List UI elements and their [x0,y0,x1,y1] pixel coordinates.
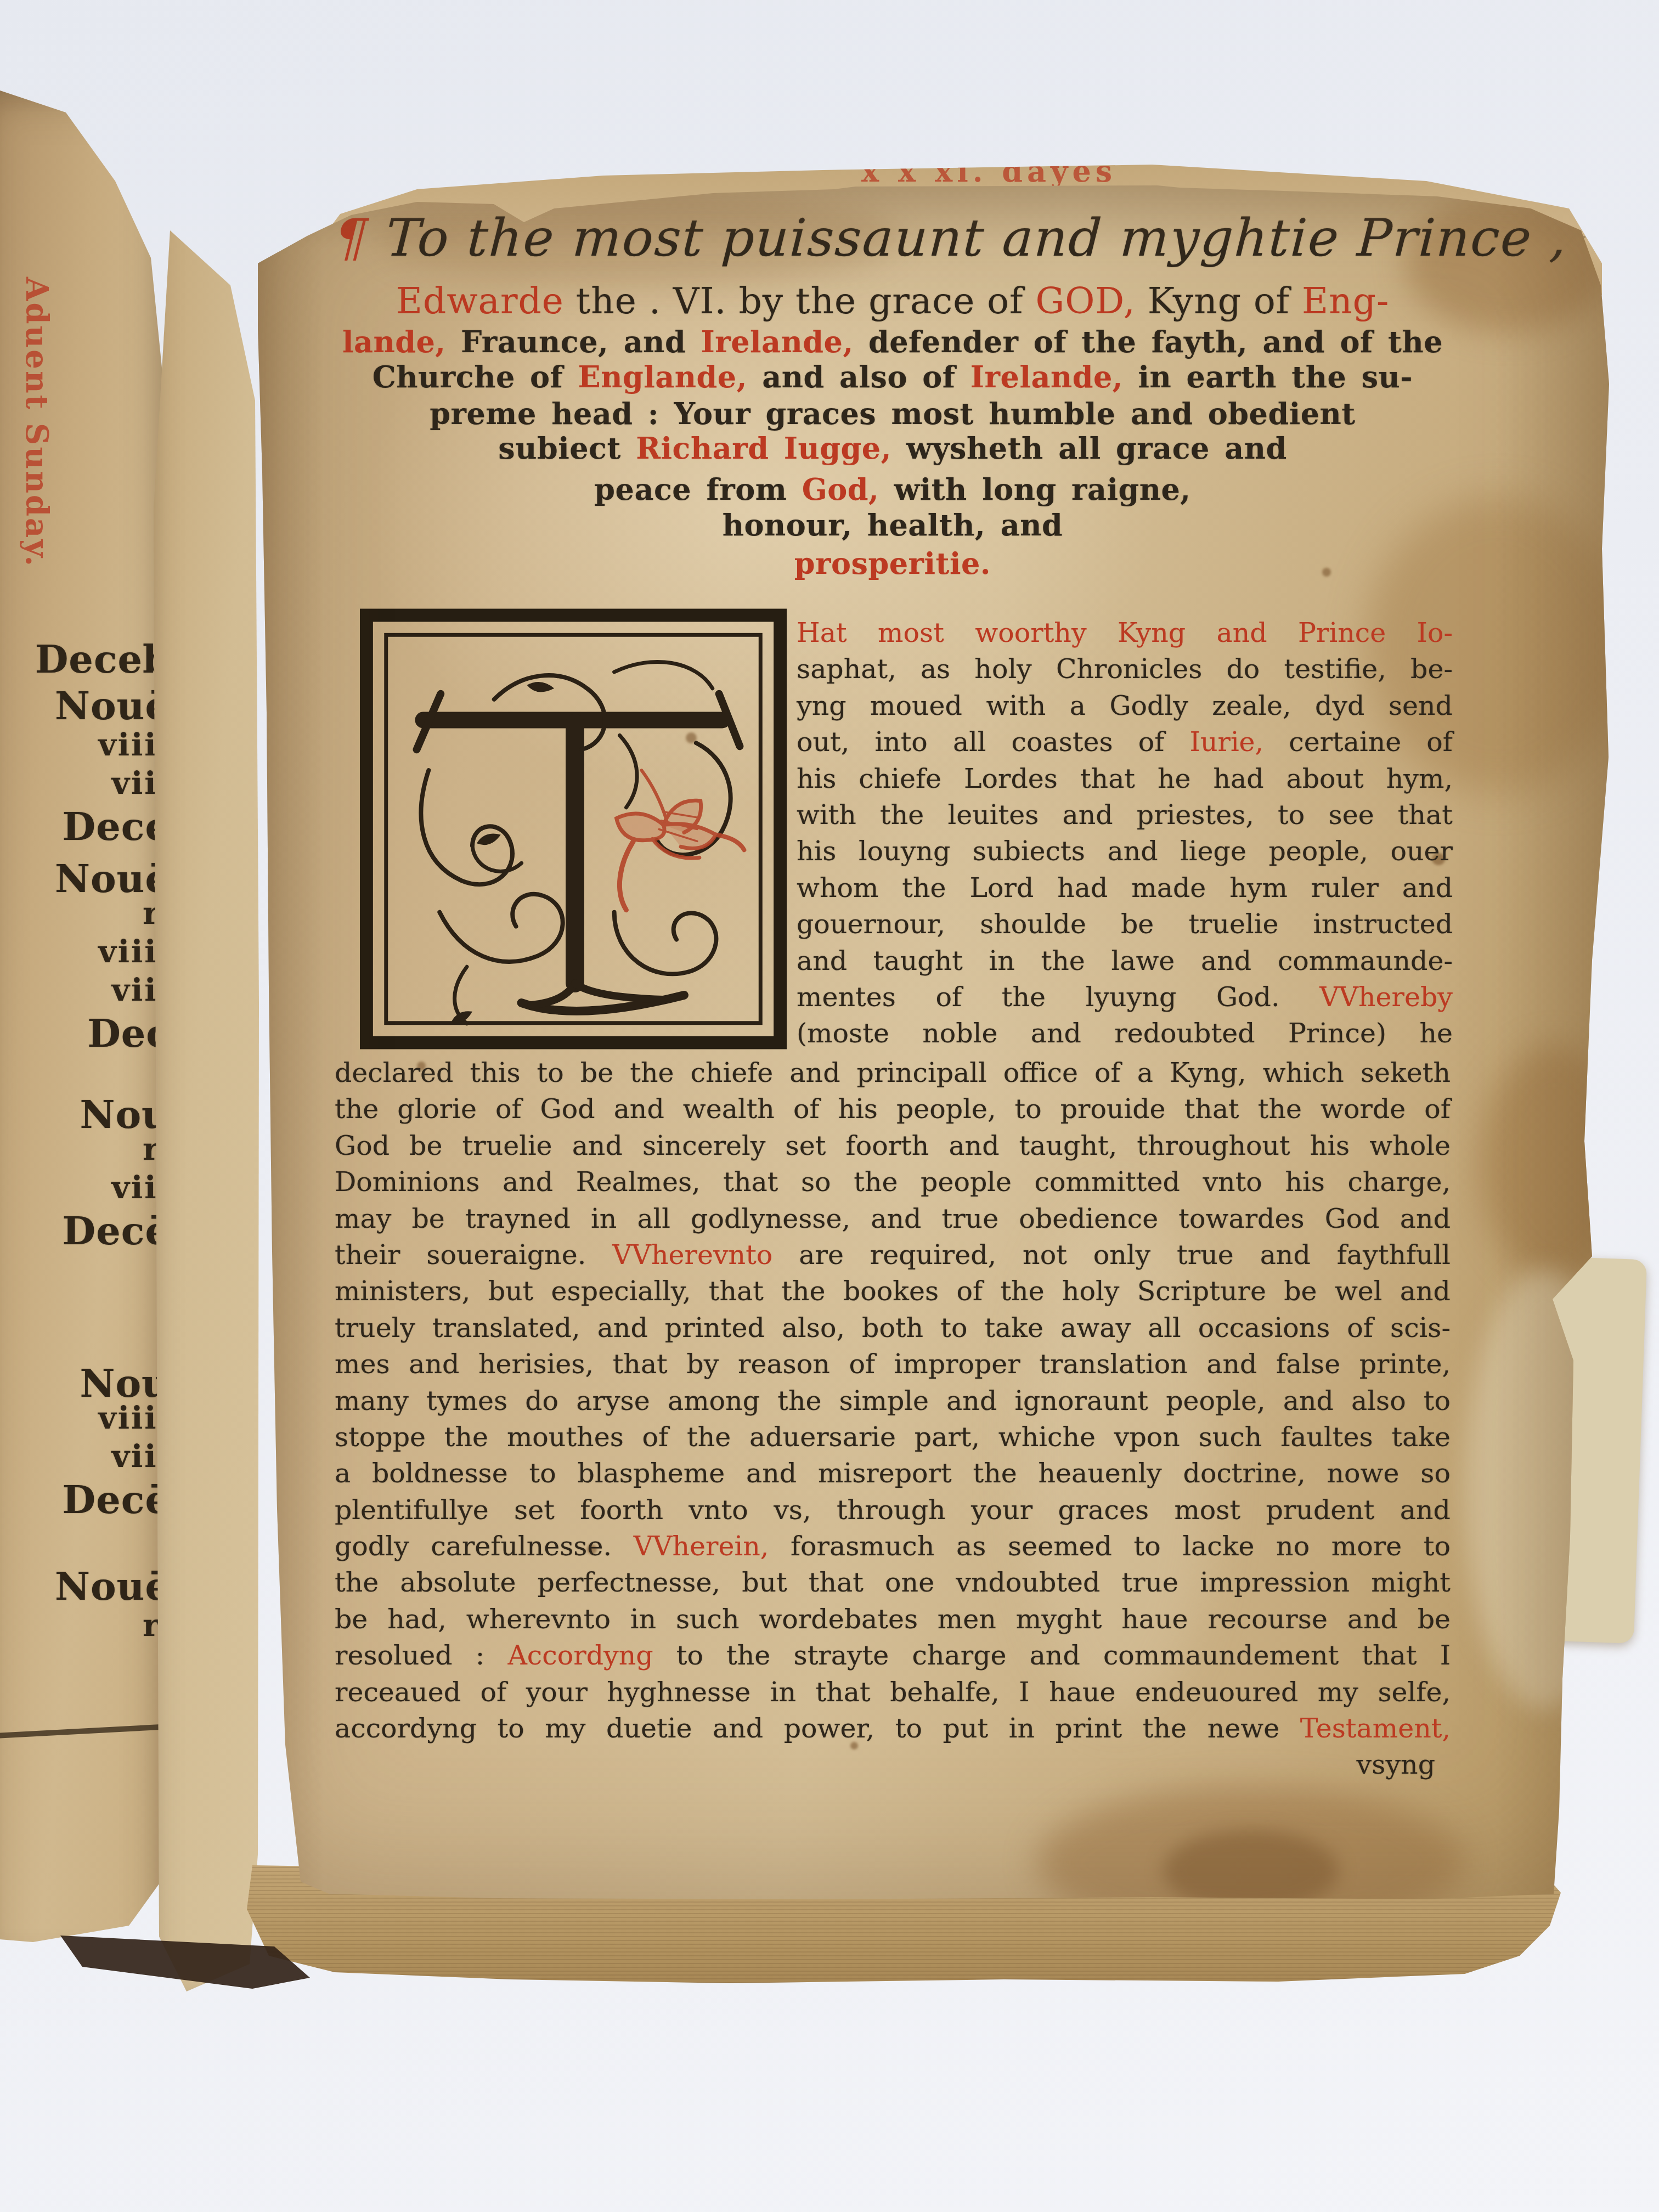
text-line: mentes of the lyuyng God. VVhereby [797,979,1453,1015]
text-line: God be truelie and sincerely set foorth … [335,1128,1451,1164]
text-line: with the leuites and priestes, to see th… [797,797,1453,833]
calendar-fragment: Dece [0,804,170,849]
text-line: whom the Lord had made hym ruler and [797,870,1453,906]
rubricated-text: lande, [342,324,446,359]
dedication-title-line: lande, Fraunce, and Irelande, defender o… [335,324,1451,359]
rubricated-text: VVhereby [1319,981,1453,1013]
text-line: yng moued with a Godly zeale, dyd send [797,688,1453,724]
text-line: may be trayned in all godlynesse, and tr… [335,1201,1451,1237]
rubricated-text: Richard Iugge, [636,431,891,466]
black-text: the absolute perfectnesse, but that one … [335,1567,1451,1598]
black-text: forasmuch as seemed to lacke no more to [769,1531,1451,1562]
calendar-fragment: r. [0,895,170,932]
black-text: and also of [747,359,970,394]
drop-cap-woodcut-T [358,606,789,1052]
calendar-fragment: viii. [0,934,170,970]
black-text: mes and herisies, that by reason of impr… [335,1348,1451,1380]
black-text: plentifullye set foorth vnto vs, through… [335,1494,1451,1526]
rubricated-text: VVherevnto [612,1239,772,1271]
text-line: and taught in the lawe and commaunde- [797,943,1453,979]
rubricated-text: Iurie, [1190,726,1264,758]
black-text: their soueraigne. [335,1239,612,1271]
text-line: godly carefulnesse. VVherein, forasmuch … [335,1528,1451,1565]
text-line: Dominions and Realmes, that so the peopl… [335,1164,1451,1200]
dedication-title-line: Churche of Englande, and also of Ireland… [335,359,1451,394]
text-line: the glorie of God and wealth of his peop… [335,1091,1451,1127]
calendar-fragment: Nou [0,1092,170,1137]
black-text: a boldnesse to blaspheme and misreport t… [335,1458,1451,1489]
calendar-fragment: Dec [0,1011,170,1056]
black-text: with long raigne, [879,472,1190,507]
dedication-title-line: peace from God, with long raigne, [335,472,1451,507]
calendar-fragment: Deceb [0,636,170,682]
text-line: saphat, as holy Chronicles do testifie, … [797,651,1453,687]
rubricated-text: God, [802,472,879,507]
black-text: whom the Lord had made hym ruler and [797,872,1453,904]
calendar-fragment: Nou [0,1361,170,1406]
text-line: be had, wherevnto in such wordebates men… [335,1601,1451,1638]
calendar-fragment: vii. [0,765,170,802]
text-line: stoppe the mouthes of the aduersarie par… [335,1419,1451,1455]
calendar-fragment: viii. [0,1400,170,1436]
rubricated-text: Edwarde [396,280,564,322]
dedication-title-line: prosperitie. [335,546,1451,581]
text-line: plentifullye set foorth vnto vs, through… [335,1492,1451,1528]
rubricated-text: Englande, [578,359,747,394]
calendar-fragment: Nouē [0,1564,170,1609]
black-text: defender of the fayth, and of the [854,324,1443,359]
black-text: accordyng to my duetie and power, to put… [335,1713,1300,1744]
black-text: many tymes do aryse among the simple and… [335,1385,1451,1417]
black-text: out, into all coastes of [797,726,1190,758]
text-line: his louyng subiects and liege people, ou… [797,833,1453,870]
black-text: gouernour, shoulde be truelie instructed [797,909,1453,940]
text-line: resolued : Accordyng to the strayte char… [335,1638,1451,1674]
calendar-fragment: Decē [0,1208,170,1254]
facing-page-strip: Aduent Sunday. Deceb Nouē viii. vii. Dec… [0,82,176,1959]
black-text: the glorie of God and wealth of his peop… [335,1093,1451,1125]
rubricated-text: Accordyng [507,1640,653,1671]
black-text: To the most puissaunt and myghtie Prince… [385,208,1569,268]
dedication-page: ¶ To the most puissaunt and myghtie Prin… [236,162,1618,1904]
dedication-title-line: preme head : Your graces most humble and… [335,396,1451,431]
black-text: honour, health, and [723,507,1063,543]
text-line: mes and herisies, that by reason of impr… [335,1346,1451,1383]
calendar-fragment: Nouē [0,856,170,901]
black-text: (moste noble and redoubted Prince) he [797,1018,1453,1049]
black-text: Churche of [373,359,578,394]
black-text: his chiefe Lordes that he had about hym, [797,763,1453,794]
dedication-title-line: subiect Richard Iugge, wysheth all grace… [335,431,1451,466]
rubricated-text: prosperitie. [794,546,991,581]
text-line: a boldnesse to blaspheme and misreport t… [335,1455,1451,1492]
black-text: resolued : [335,1640,507,1671]
dedication-title-line: ¶ To the most puissaunt and myghtie Prin… [333,208,1452,268]
text-line: his chiefe Lordes that he had about hym, [797,761,1453,797]
rubricated-text: Eng- [1302,280,1389,322]
text-line: many tymes do aryse among the simple and… [335,1383,1451,1419]
black-text: Fraunce, and [446,324,701,359]
black-text: Dominions and Realmes, that so the peopl… [335,1166,1451,1198]
catchword: vsyng [335,1749,1451,1780]
text-line: Hat most woorthy Kyng and Prince Io- [797,615,1453,651]
calendar-fragment: r. [0,1607,170,1644]
black-text: declared this to be the chiefe and princ… [335,1057,1451,1088]
paragraph-narrow: Hat most woorthy Kyng and Prince Io-saph… [797,615,1453,1052]
dedication-title-line: honour, health, and [335,507,1451,543]
dedication-title-line: Edwarde the . VI. by the grace of GOD, K… [335,280,1451,322]
black-text: peace from [594,472,802,507]
black-text: with the leuites and priestes, to see th… [797,799,1453,831]
black-text: mentes of the lyuyng God. [797,981,1319,1013]
calendar-fragment: Decē [0,1477,170,1522]
rubricated-text: Testament, [1300,1713,1451,1744]
black-text: the . VI. by the grace of [564,280,1036,322]
black-text: certaine of [1263,726,1453,758]
text-line: ministers, but especially, that the book… [335,1273,1451,1310]
text-line: out, into all coastes of Iurie, certaine… [797,724,1453,760]
black-text: God be truelie and sincerely set foorth … [335,1130,1451,1161]
margin-label-advent-sunday: Aduent Sunday. [19,277,55,568]
text-line: accordyng to my duetie and power, to put… [335,1711,1451,1747]
calendar-fragment: vii. [0,1438,170,1475]
black-text: subiect [498,431,636,466]
black-text: receaued of your hyghnesse in that behal… [335,1677,1451,1708]
black-text: and taught in the lawe and commaunde- [797,945,1453,977]
text-line: gouernour, shoulde be truelie instructed [797,906,1453,943]
text-line: their soueraigne. VVherevnto are require… [335,1237,1451,1273]
calendar-fragment: Nouē [0,683,170,729]
text-line: truely translated, and printed also, bot… [335,1310,1451,1346]
rubricated-text: Hat most woorthy Kyng and Prince Io- [797,617,1453,648]
black-text: preme head : Your graces most humble and… [430,396,1355,431]
text-line: declared this to be the chiefe and princ… [335,1055,1451,1091]
rubricated-text: GOD, [1035,280,1135,322]
black-text: in earth the su- [1123,359,1413,394]
black-text: are required, not only true and faythful… [772,1239,1451,1271]
text-line: the absolute perfectnesse, but that one … [335,1565,1451,1601]
black-text: be had, wherevnto in such wordebates men… [335,1604,1451,1635]
text-line: (moste noble and redoubted Prince) he [797,1015,1453,1052]
rubricated-text: VVherein, [634,1531,769,1562]
black-text: to the strayte charge and commaundement … [653,1640,1451,1671]
black-text: yng moued with a Godly zeale, dyd send [797,690,1453,721]
calendar-fragment: vii. [0,972,170,1008]
black-text: his louyng subiects and liege people, ou… [797,836,1453,867]
calendar-fragment: r. [0,1131,170,1167]
black-text: godly carefulnesse. [335,1531,634,1562]
black-text: truely translated, and printed also, bot… [335,1312,1451,1344]
paragraph-wide: declared this to be the chiefe and princ… [335,1055,1451,1747]
black-text: stoppe the mouthes of the aduersarie par… [335,1421,1451,1453]
calendar-fragment: viii. [0,727,170,763]
black-text: saphat, as holy Chronicles do testifie, … [797,653,1453,685]
text-line: receaued of your hyghnesse in that behal… [335,1674,1451,1711]
rubricated-text: Irelande, [701,324,853,359]
calendar-fragment: vii. [0,1170,170,1206]
black-text: ministers, but especially, that the book… [335,1276,1451,1307]
black-text: Kyng of [1136,280,1302,322]
rubricated-text: Irelande, [970,359,1123,394]
black-text: may be trayned in all godlynesse, and tr… [335,1203,1451,1234]
black-text: wysheth all grace and [891,431,1287,466]
book-photo-scene: Aduent Sunday. Deceb Nouē viii. vii. Dec… [0,0,1659,2212]
